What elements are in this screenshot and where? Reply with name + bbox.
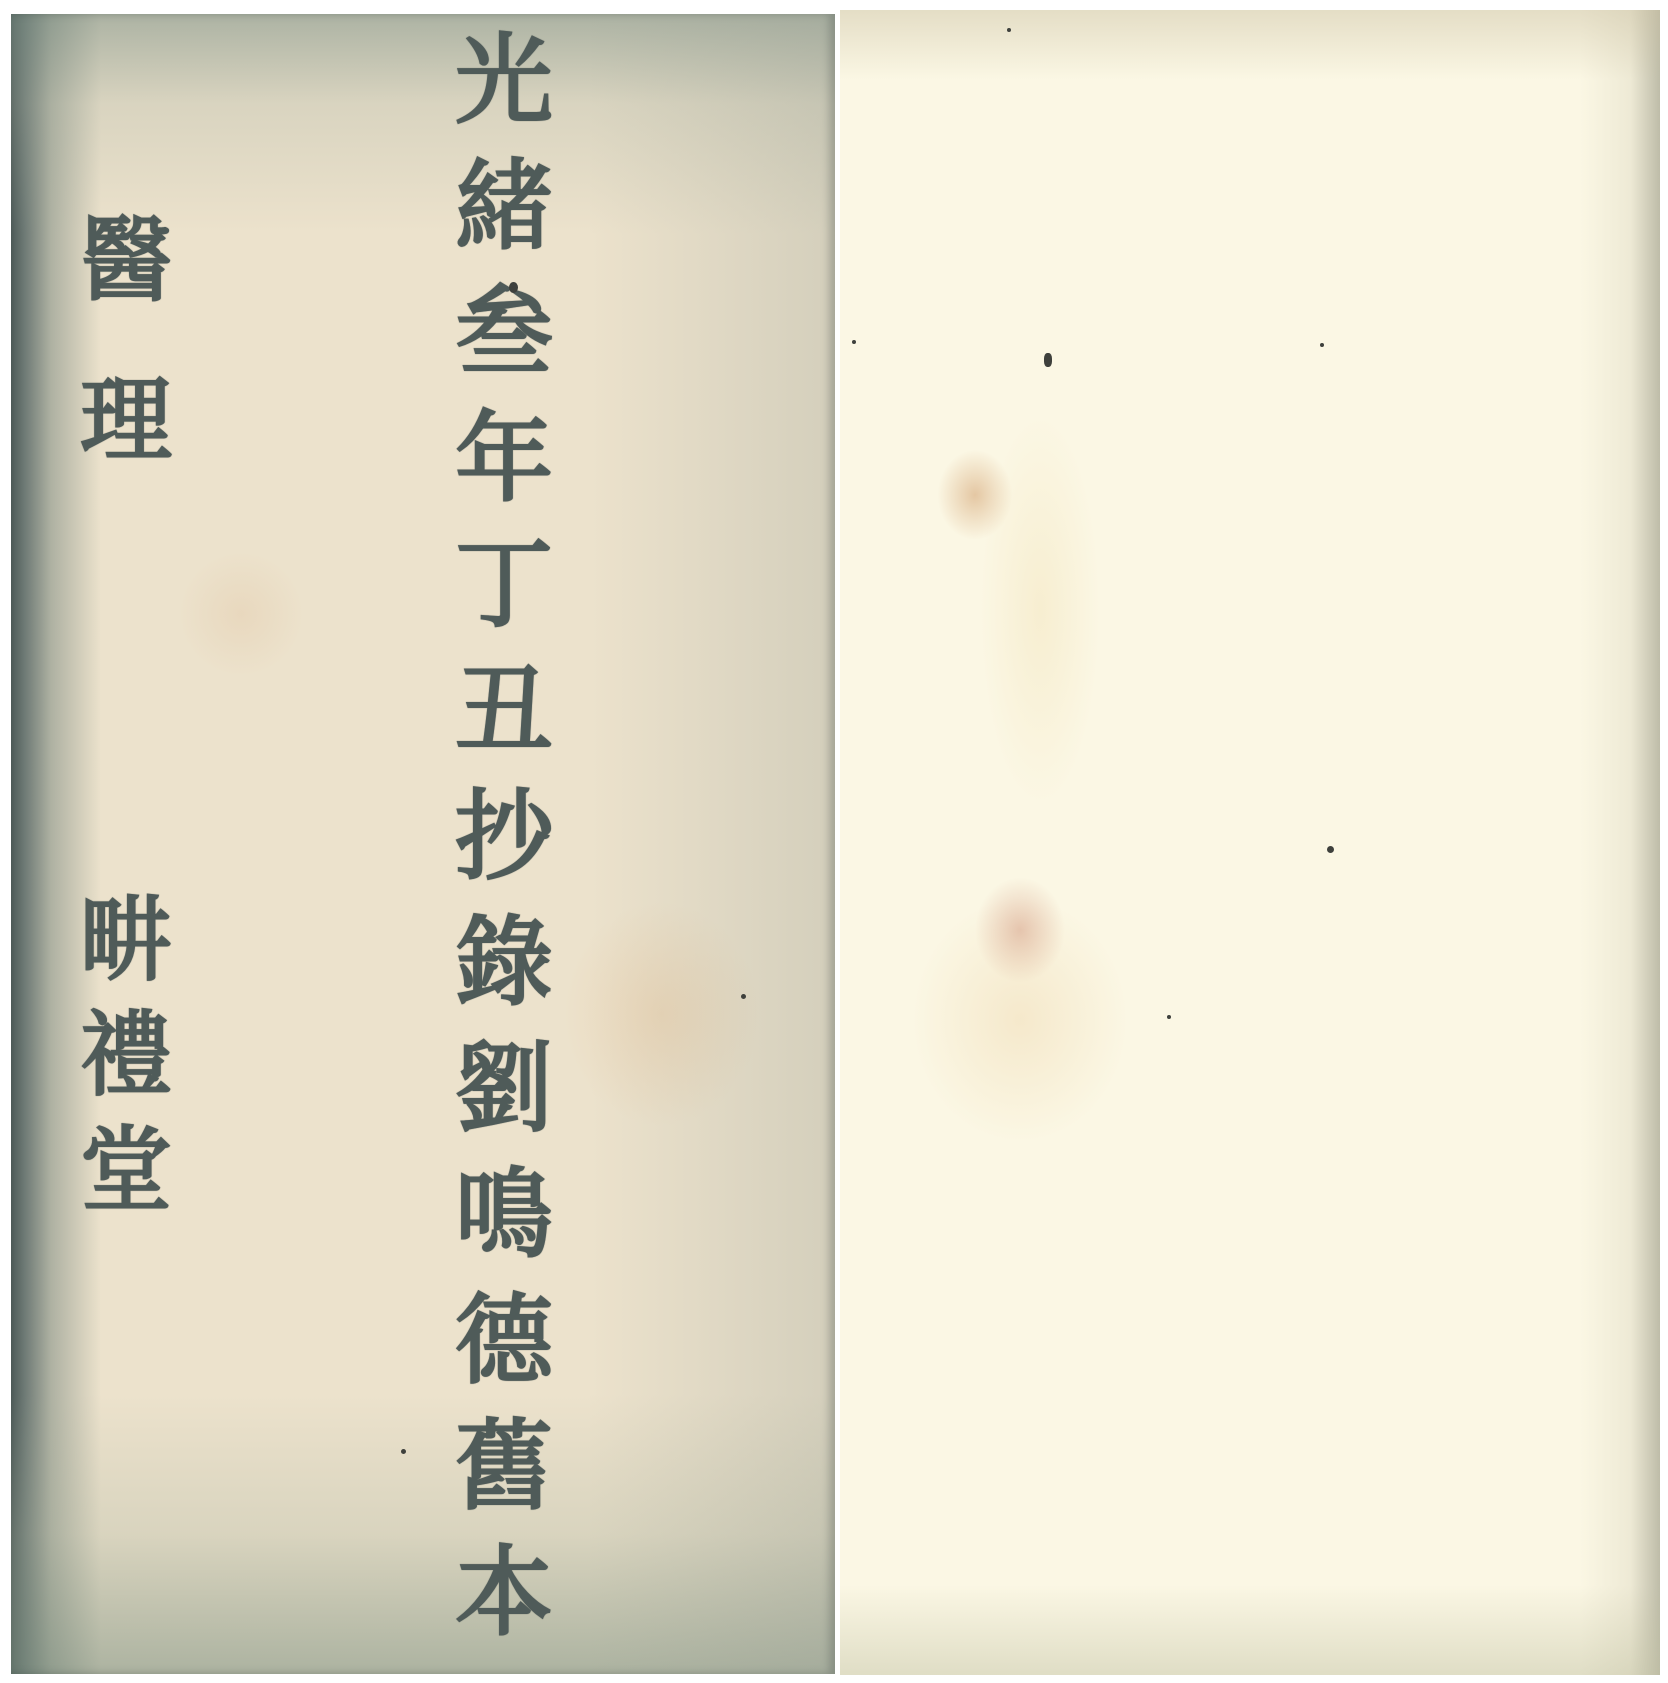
char: 舊: [455, 1418, 553, 1544]
char: 叁: [455, 284, 553, 410]
char: 抄: [455, 788, 553, 914]
ink-speck: [1327, 846, 1334, 853]
book-title-column: 醫 理: [61, 214, 191, 534]
ink-speck: [509, 282, 518, 293]
ink-speck: [1320, 343, 1324, 347]
right-page-blank: [840, 10, 1660, 1675]
ink-speck: [1044, 353, 1052, 367]
ink-speck: [1007, 28, 1011, 32]
char: 錄: [455, 914, 553, 1040]
char: 光: [455, 32, 553, 158]
left-page: 光 緒 叁 年 丁 丑 抄 錄 劉 鳴 德 舊 本 醫 理 畊 禮 堂: [11, 14, 835, 1674]
manuscript-spread: 光 緒 叁 年 丁 丑 抄 錄 劉 鳴 德 舊 本 醫 理 畊 禮 堂: [0, 0, 1668, 1683]
title-char: 醫: [80, 214, 172, 374]
studio-char: 禮: [80, 1009, 172, 1124]
char: 劉: [455, 1040, 553, 1166]
studio-char: 堂: [80, 1124, 172, 1239]
studio-char: 畊: [80, 894, 172, 1009]
char: 德: [455, 1292, 553, 1418]
ink-speck: [401, 1449, 406, 1454]
ink-speck: [741, 994, 746, 999]
main-inscription-column: 光 緒 叁 年 丁 丑 抄 錄 劉 鳴 德 舊 本: [429, 32, 579, 1670]
ink-speck: [1167, 1015, 1171, 1019]
char: 丑: [455, 662, 553, 788]
char: 年: [455, 410, 553, 536]
studio-name-column: 畊 禮 堂: [61, 894, 191, 1239]
char: 緒: [455, 158, 553, 284]
ink-speck: [852, 340, 856, 344]
char: 丁: [455, 536, 553, 662]
char: 鳴: [455, 1166, 553, 1292]
title-char: 理: [80, 374, 172, 534]
char: 本: [455, 1544, 553, 1670]
